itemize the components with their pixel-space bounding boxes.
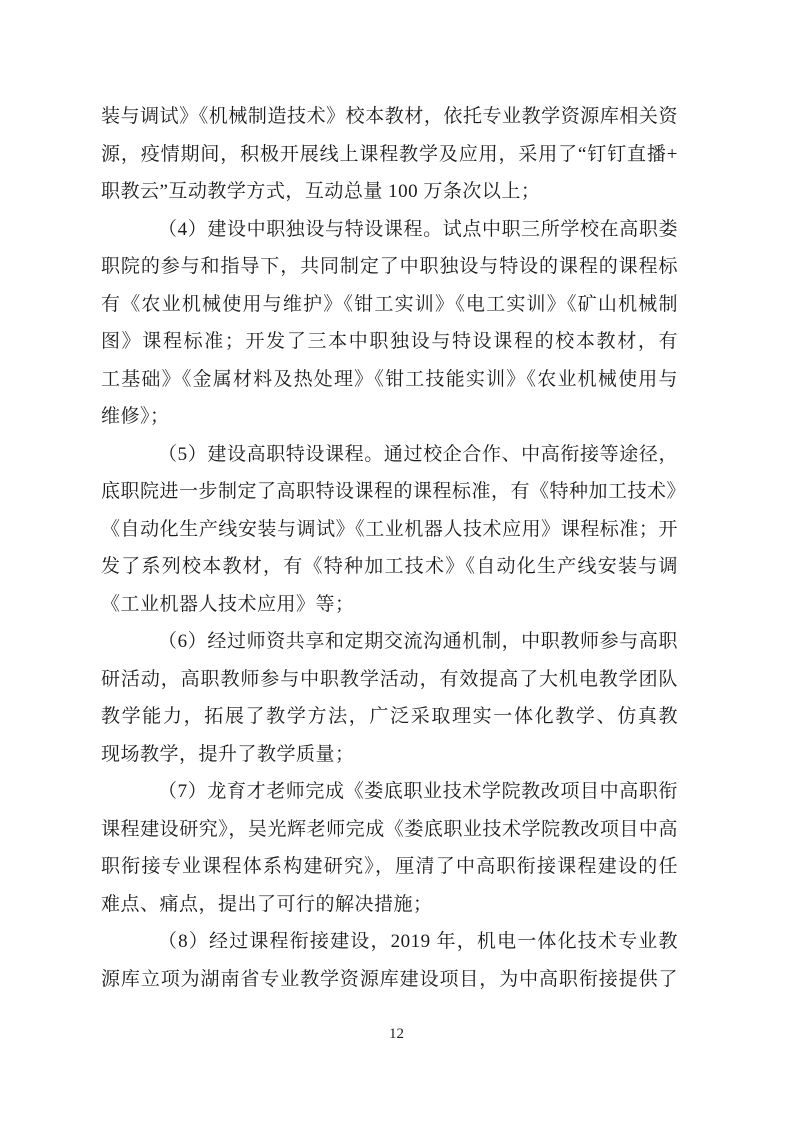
text-line: 维修》； [101, 398, 678, 436]
text-line: 课程建设研究》，吴光辉老师完成《娄底职业技术学院教改项目中高 [101, 811, 678, 849]
text-line: 难点、痛点，提出了可行的解决措施； [101, 886, 678, 924]
text-line: 《工业机器人技术应用》等； [101, 586, 678, 624]
body-text: 装与调试》《机械制造技术》校本教材，依托专业教学资源库相关资源，疫情期间，积极开… [101, 98, 678, 998]
text-line: 职衔接专业课程体系构建研究》，厘清了中高职衔接课程建设的任务、 [101, 848, 678, 886]
text-line: 职院的参与和指导下，共同制定了中职独设与特设的课程的课程标准， [101, 248, 678, 286]
text-line: 源库立项为湖南省专业教学资源库建设项目，为中高职衔接提供了线 [101, 961, 678, 999]
text-line: 有《农业机械使用与维护》《钳工实训》《电工实训》《矿山机械制 [101, 286, 678, 324]
text-line: 职教云”互动教学方式，互动总量 100 万条次以上； [101, 173, 678, 211]
text-line: 现场教学，提升了教学质量； [101, 736, 678, 774]
text-line: （6）经过师资共享和定期交流沟通机制，中职教师参与高职教 [101, 623, 678, 661]
text-line: （8）经过课程衔接建设，2019 年，机电一体化技术专业教学资 [101, 923, 678, 961]
text-line: （7）龙育才老师完成《娄底职业技术学院教改项目中高职衔接 [101, 773, 678, 811]
text-line: （4）建设中职独设与特设课程。试点中职三所学校在高职娄底 [101, 211, 678, 249]
text-line: 工基础》《金属材料及热处理》《钳工技能实训》《农业机械使用与 [101, 361, 678, 399]
text-line: （5）建设高职特设课程。通过校企合作、中高衔接等途径，娄 [101, 436, 678, 474]
text-line: 装与调试》《机械制造技术》校本教材，依托专业教学资源库相关资 [101, 98, 678, 136]
text-line: 发了系列校本教材，有《特种加工技术》《自动化生产线安装与调试》 [101, 548, 678, 586]
text-line: 教学能力，拓展了教学方法，广泛采取理实一体化教学、仿真教学、 [101, 698, 678, 736]
page-number: 12 [0, 1026, 793, 1043]
text-line: 《自动化生产线安装与调试》《工业机器人技术应用》课程标准；开 [101, 511, 678, 549]
text-line: 研活动，高职教师参与中职教学活动，有效提高了大机电教学团队的 [101, 661, 678, 699]
text-line: 图》课程标准；开发了三本中职独设与特设课程的校本教材，有《电 [101, 323, 678, 361]
text-line: 源，疫情期间，积极开展线上课程教学及应用，采用了“钉钉直播+ [101, 136, 678, 174]
text-line: 底职院进一步制定了高职特设课程的课程标准，有《特种加工技术》 [101, 473, 678, 511]
document-page: 装与调试》《机械制造技术》校本教材，依托专业教学资源库相关资源，疫情期间，积极开… [0, 0, 793, 1122]
